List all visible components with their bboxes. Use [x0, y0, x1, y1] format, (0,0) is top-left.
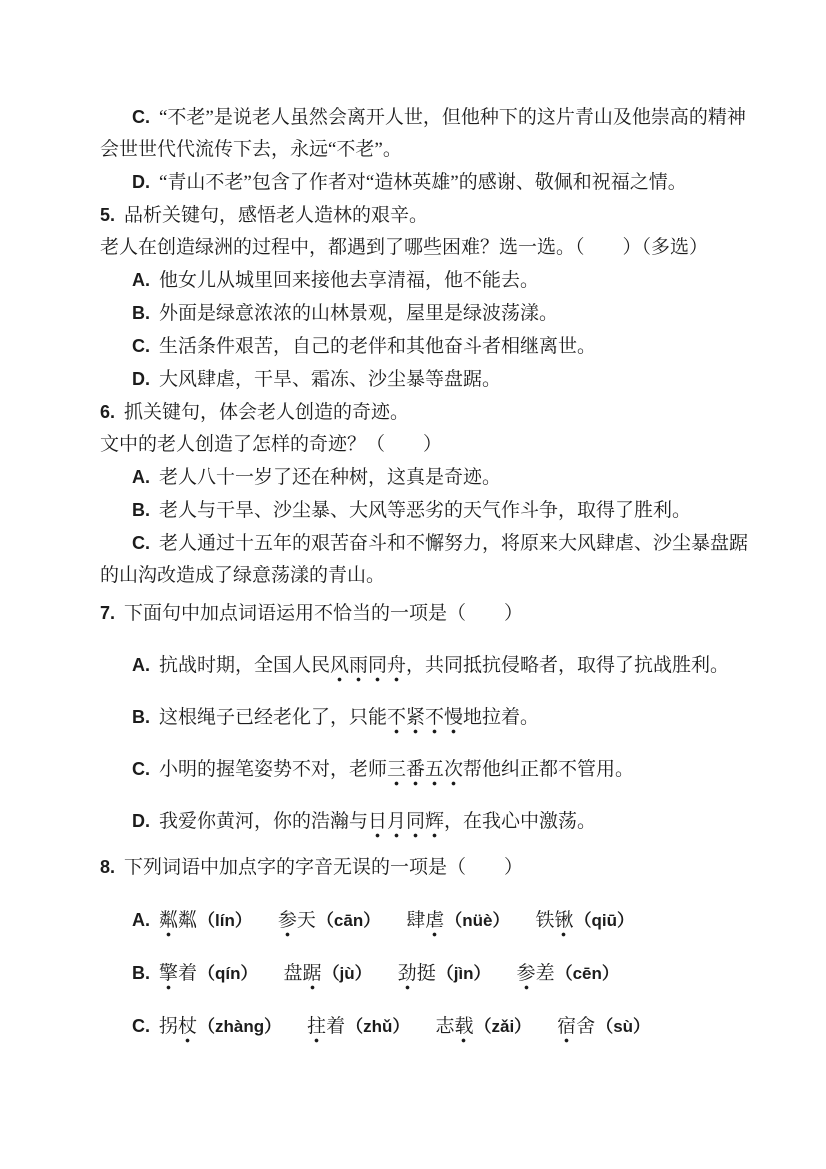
question-title-text: 下列词语中加点字的字音无误的一项是（ ） [124, 857, 523, 878]
option-text: 地拉着。 [463, 707, 539, 728]
question-title-text: 下面句中加点词语运用不恰当的一项是（ ） [124, 603, 523, 624]
option-text: 这根绳子已经老化了，只能 [159, 707, 387, 728]
vocab-word: 肆虐（nüè） [406, 905, 509, 937]
question-number: 6. [100, 402, 115, 422]
pinyin-annotation: （cēn） [556, 964, 619, 983]
option-text: 大风肆虐，干旱、霜冻、沙尘暴等盘踞。 [159, 369, 501, 390]
emphasized-character: 虐 [425, 910, 444, 937]
emphasized-text: 风雨同舟 [330, 655, 406, 682]
q5-stem: 老人在创造绿洲的过程中，都遇到了哪些困难？选一选。（ ）（多选） [100, 232, 752, 264]
pinyin-annotation: （cān） [317, 911, 380, 930]
question-stem-text: 老人在创造绿洲的过程中，都遇到了哪些困难？选一选。（ ）（多选） [100, 237, 708, 258]
word-text: 差 [536, 963, 555, 984]
option-text: ，在我心中激荡。 [444, 811, 596, 832]
word-text: 肆 [406, 910, 425, 931]
option-label: B. [132, 963, 150, 983]
emphasized-character: 宿 [557, 1016, 576, 1043]
q8-option-b: B.擎着（qín）盘踞（jù）劲挺（jìn）参差（cēn） [100, 957, 752, 990]
option-label: C. [132, 107, 150, 127]
emphasized-character: 粼 [159, 910, 178, 937]
emphasized-text: 日月同辉 [368, 811, 444, 838]
word-text: 志 [435, 1016, 454, 1037]
q6-option-c: C.老人通过十五年的艰苦奋斗和不懈努力，将原来大风肆虐、沙尘暴盘踞的山沟改造成了… [100, 527, 752, 592]
option-label: A. [132, 655, 150, 675]
q4-option-d: D.“青山不老”包含了作者对“造林英雄”的感谢、敬佩和祝福之情。 [100, 166, 752, 199]
pinyin-annotation: （qiū） [575, 911, 635, 930]
option-text: 外面是绿意浓浓的山林景观，屋里是绿波荡漾。 [159, 303, 558, 324]
question-title-text: 品析关键句，感悟老人造林的艰辛。 [124, 205, 428, 226]
option-label: B. [132, 303, 150, 323]
vocab-word: 擎着（qín） [159, 958, 258, 990]
emphasized-character: 锹 [554, 910, 573, 937]
option-text: 老人通过十五年的艰苦奋斗和不懈努力，将原来大风肆虐、沙尘暴盘踞的山沟改造成了绿意… [100, 533, 748, 586]
q7-option-d: D.我爱你黄河，你的浩瀚与日月同辉，在我心中激荡。 [100, 805, 752, 838]
word-text: 着 [178, 963, 197, 984]
word-text: 天 [297, 910, 316, 931]
vocab-word: 劲挺（jìn） [398, 958, 491, 990]
option-text: 老人八十一岁了还在种树，这真是奇迹。 [159, 467, 501, 488]
vocab-word: 拄着（zhǔ） [307, 1011, 409, 1043]
q5-option-a: A.他女儿从城里回来接他去享清福，他不能去。 [100, 264, 752, 297]
vocab-word: 铁锹（qiū） [535, 905, 634, 937]
pinyin-annotation: （zhǔ） [346, 1017, 409, 1036]
option-label: B. [132, 707, 150, 727]
option-label: C. [132, 336, 150, 356]
q6-option-a: A.老人八十一岁了还在种树，这真是奇迹。 [100, 461, 752, 494]
q8-title: 8.下列词语中加点字的字音无误的一项是（ ） [100, 851, 752, 884]
pinyin-annotation: （lín） [198, 911, 252, 930]
option-text: 我爱你黄河，你的浩瀚与 [159, 811, 368, 832]
option-label: C. [132, 1016, 150, 1036]
option-text: 老人与干旱、沙尘暴、大风等恶劣的天气作斗争，取得了胜利。 [159, 500, 691, 521]
emphasized-text: 三番五次 [387, 759, 463, 786]
vocab-word: 志载（zǎi） [435, 1011, 531, 1043]
question-stem-text: 文中的老人创造了怎样的奇迹？（ ） [100, 434, 442, 455]
vocab-word: 宿舍（sù） [557, 1011, 650, 1043]
emphasized-character: 杖 [178, 1016, 197, 1043]
option-text: 小明的握笔姿势不对，老师 [159, 759, 387, 780]
emphasized-character: 劲 [398, 963, 417, 990]
q6-title: 6.抓关键句，体会老人创造的奇迹。 [100, 396, 752, 429]
question-number: 7. [100, 603, 115, 623]
emphasized-character: 参 [517, 963, 536, 990]
q7-option-b: B.这根绳子已经老化了，只能不紧不慢地拉着。 [100, 701, 752, 734]
option-label: A. [132, 467, 150, 487]
option-label: A. [132, 910, 150, 930]
word-text: 盘 [284, 963, 303, 984]
question-title-text: 抓关键句，体会老人创造的奇迹。 [124, 402, 409, 423]
option-text: “不老”是说老人虽然会离开人世，但他种下的这片青山及他崇高的精神会世世代代流传下… [100, 107, 746, 160]
pinyin-annotation: （jìn） [437, 964, 491, 983]
option-label: A. [132, 270, 150, 290]
option-label: D. [132, 811, 150, 831]
option-text: 抗战时期，全国人民 [159, 655, 330, 676]
q7-option-c: C.小明的握笔姿势不对，老师三番五次帮他纠正都不管用。 [100, 753, 752, 786]
emphasized-character: 载 [454, 1016, 473, 1043]
q7-title: 7.下面句中加点词语运用不恰当的一项是（ ） [100, 597, 752, 630]
vocab-word: 参差（cēn） [517, 958, 619, 990]
q7-option-a: A.抗战时期，全国人民风雨同舟，共同抵抗侵略者，取得了抗战胜利。 [100, 649, 752, 682]
option-label: C. [132, 533, 150, 553]
q6-option-b: B.老人与干旱、沙尘暴、大风等恶劣的天气作斗争，取得了胜利。 [100, 494, 752, 527]
q4-option-c: C.“不老”是说老人虽然会离开人世，但他种下的这片青山及他崇高的精神会世世代代流… [100, 101, 752, 166]
q5-option-d: D.大风肆虐，干旱、霜冻、沙尘暴等盘踞。 [100, 363, 752, 396]
worksheet-page: C.“不老”是说老人虽然会离开人世，但他种下的这片青山及他崇高的精神会世世代代流… [0, 0, 826, 1043]
word-text: 着 [326, 1016, 345, 1037]
word-text: 舍 [576, 1016, 595, 1037]
emphasized-text: 不紧不慢 [387, 707, 463, 734]
vocab-word: 粼粼（lín） [159, 905, 252, 937]
emphasized-character: 踞 [303, 963, 322, 990]
q5-option-b: B.外面是绿意浓浓的山林景观，屋里是绿波荡漾。 [100, 297, 752, 330]
question-number: 5. [100, 205, 115, 225]
word-text: 铁 [535, 910, 554, 931]
option-text: 他女儿从城里回来接他去享清福，他不能去。 [159, 270, 539, 291]
option-text: 帮他纠正都不管用。 [463, 759, 634, 780]
word-text: 挺 [417, 963, 436, 984]
word-text: 拐 [159, 1016, 178, 1037]
pinyin-annotation: （qín） [198, 964, 258, 983]
q5-option-c: C.生活条件艰苦，自己的老伴和其他奋斗者相继离世。 [100, 330, 752, 363]
q5-title: 5.品析关键句，感悟老人造林的艰辛。 [100, 199, 752, 232]
emphasized-character: 参 [278, 910, 297, 937]
pinyin-annotation: （zhàng） [198, 1017, 281, 1036]
option-text: ，共同抵抗侵略者，取得了抗战胜利。 [406, 655, 729, 676]
pinyin-annotation: （sù） [596, 1017, 650, 1036]
vocab-word: 拐杖（zhàng） [159, 1011, 281, 1043]
option-text: 生活条件艰苦，自己的老伴和其他奋斗者相继离世。 [159, 336, 596, 357]
emphasized-character: 拄 [307, 1016, 326, 1043]
option-label: B. [132, 500, 150, 520]
emphasized-character: 擎 [159, 963, 178, 990]
word-text: 粼 [178, 910, 197, 931]
pinyin-annotation: （nüè） [445, 911, 509, 930]
q6-stem: 文中的老人创造了怎样的奇迹？（ ） [100, 429, 752, 461]
option-label: D. [132, 172, 150, 192]
option-label: C. [132, 759, 150, 779]
question-number: 8. [100, 857, 115, 877]
vocab-word: 参天（cān） [278, 905, 380, 937]
pinyin-annotation: （jù） [323, 964, 372, 983]
q8-option-c: C.拐杖（zhàng）拄着（zhǔ）志载（zǎi）宿舍（sù） [100, 1010, 752, 1043]
pinyin-annotation: （zǎi） [474, 1017, 531, 1036]
option-text: “青山不老”包含了作者对“造林英雄”的感谢、敬佩和祝福之情。 [159, 172, 687, 193]
option-label: D. [132, 369, 150, 389]
vocab-word: 盘踞（jù） [284, 958, 372, 990]
q8-option-a: A.粼粼（lín）参天（cān）肆虐（nüè）铁锹（qiū） [100, 904, 752, 937]
